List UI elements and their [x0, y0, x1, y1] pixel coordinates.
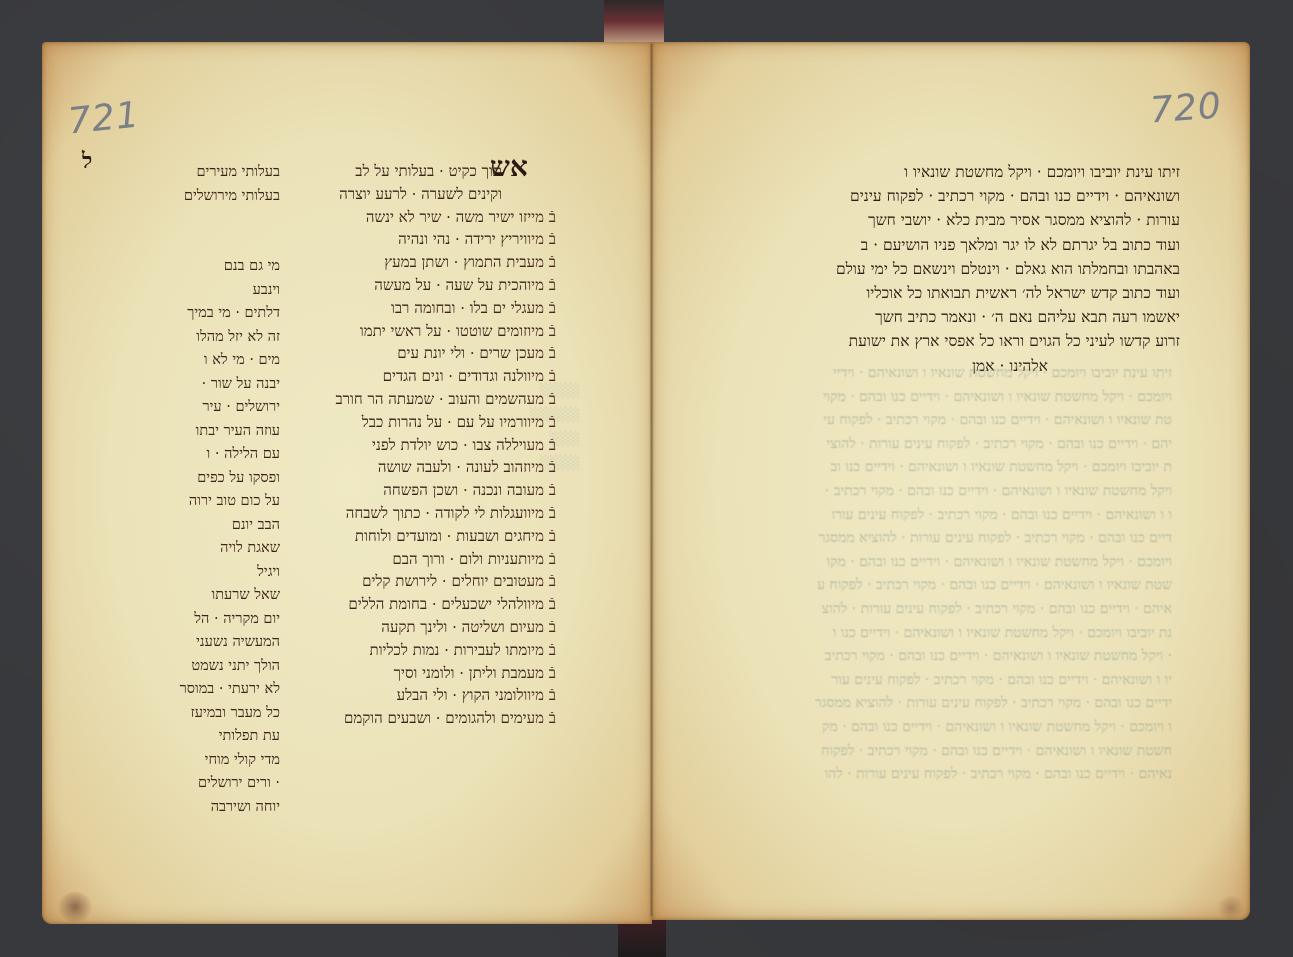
text-line: בֿ מיוולנה וגדודים · ונים הגדים	[292, 365, 562, 388]
line-text: ורמיו על עם · על נהרות כבל	[362, 413, 528, 431]
side-line: ויגיל	[148, 561, 280, 585]
side-line: וינבע	[148, 279, 280, 303]
side-line: יום מקריה · הל	[148, 608, 280, 632]
text-line: בֿ מעהשמים והעוב · שמעתה הר חורב	[292, 388, 562, 411]
bleed-line: ת יוביבו ויומכם · ויקל מחשטת שונאיו ו וש…	[748, 456, 1172, 480]
side-line: מדי קולי מוחי	[148, 749, 280, 773]
line-refrain: בֿ מע	[527, 390, 556, 408]
text-line: בֿ מיומתו לעבירות · נמות לכליות	[292, 639, 562, 662]
right-text-block: זיתו עינת יוביבו ויומכם · ויקל מחשטת שונ…	[750, 160, 1180, 378]
line-text: ימים ולהגומים · ושבעים הוקמם	[344, 709, 527, 727]
bleed-line: חשטת שונאיו ו ושונאיהם · וידיים כנו ובהם…	[748, 740, 1172, 764]
side-line: על כום טוב ירוה	[148, 490, 280, 514]
line-refrain: בֿ מע	[527, 709, 556, 727]
line-refrain: בֿ מע	[527, 664, 556, 682]
text-line: בֿ מעטובים יוחלים · לירושת קלים	[292, 570, 562, 593]
text-line: בֿ מיחגים ושבעות · ומועדים ולוחות	[292, 525, 562, 548]
stain-bottom-right	[1218, 896, 1244, 920]
line-text: ולהלי ישכעלים · בחומת הללים	[348, 595, 527, 613]
line-refrain: בֿ מי	[531, 276, 556, 294]
side-line: הולך יתני נשמט	[148, 655, 280, 679]
side-line: כל מעבר ובמיעז	[148, 702, 280, 726]
side-line: בעלותי מעירים	[148, 161, 280, 185]
side-line: המעשיה נשעני	[148, 631, 280, 655]
side-line: דלתים · מי במיך	[148, 302, 280, 326]
line-text: ובה ונכנה · ושכן הפשחה	[383, 481, 526, 499]
bleed-line: נת יוביבו ויומכם · ויקל מחשטת שונאיו ו ו…	[748, 622, 1172, 646]
line-refrain: בֿ מע	[527, 481, 556, 499]
text-line: יאשמו רעה תבא עליהם נאם ה׳ · ונאמר כתיב …	[750, 305, 1180, 329]
side-line: שאגת לויה	[148, 537, 280, 561]
line-refrain: בֿ מיו	[527, 367, 556, 385]
line-text: זהוב לעונה · ולעבה שושה	[378, 458, 527, 476]
line-refrain: בֿ מע	[527, 572, 556, 590]
line-text: וזומים שוטטו · על ראשי יתמו	[360, 322, 531, 340]
text-line: ועוד כתוב בל יגרתם לא לו יגר ומלאך פניו …	[750, 233, 1180, 257]
text-line: בֿ מיוורמיו על עם · על נהרות כבל	[292, 411, 562, 434]
gutter-fold	[650, 44, 653, 916]
line-text: והכית על שעה · על מעשה	[374, 276, 531, 294]
text-line: ושונאיהם · וידיים כנו ובהם · מקוי רכתיב …	[750, 184, 1180, 208]
line-text: גלי ים בלו · ובחומה רבו	[391, 299, 527, 317]
bleed-line: ויומכם · ויקל מחשטת שונאיו ו ושונאיהם · …	[748, 386, 1172, 410]
line-refrain: בֿ מיו	[527, 458, 556, 476]
bleed-line: נאיהם · וידיים כנו ובהם · מקוי רכתיב · ל…	[748, 763, 1172, 787]
text-line: בֿ מעיום ושליטה · ולינך תקעה	[292, 616, 562, 639]
line-text: ויריץ ירידה · נהי ונהיה	[398, 230, 527, 248]
side-line: הבב יונם	[148, 514, 280, 538]
line-refrain: בֿ מע	[527, 618, 556, 636]
side-line: · ורים ירושלים	[148, 772, 280, 796]
left-side-column: בעלותי מעיריםבעלותי מירושליםמי גם בנםוינ…	[148, 161, 280, 819]
bleed-line: · ויקל מחשטת שונאיו ו ושונאיהם · וידיים …	[748, 645, 1172, 669]
line-refrain: בֿ מע	[527, 436, 556, 454]
text-line: תוך כקיט · בעלותי על לב	[292, 160, 562, 183]
bleed-line: ו ויומכם · ויקל מחשטת שונאיו ו ושונאיהם …	[748, 716, 1172, 740]
line-text: וקינים לשערה · לרעע יוצרה	[339, 185, 502, 203]
text-line: בֿ מיוולהלי ישכעלים · בחומת הללים	[292, 593, 562, 616]
line-text: מתו לעבירות · נמות לכליות	[370, 641, 528, 659]
text-line: בֿ מיוולומני הקוץ · ולי הבלע	[292, 684, 562, 707]
text-line: זרוע קדשו לעיני כל הגוים וראו כל אפסי אר…	[750, 329, 1180, 353]
side-line: עם הלילה · ו	[148, 443, 280, 467]
side-line	[148, 232, 280, 256]
bleed-line: שטת שונאיו ו ושונאיהם · וידיים כנו ובהם …	[748, 574, 1172, 598]
binding-spine-top	[604, 0, 664, 48]
side-line: בעלותי מירושלים	[148, 185, 280, 209]
side-line: ירושלים · עיר	[148, 396, 280, 420]
side-line: עוזה העיר יבתו	[148, 420, 280, 444]
left-main-column: תוך כקיט · בעלותי על לבוקינים לשערה · לר…	[292, 160, 562, 730]
line-text: טובים יוחלים · לירושת קלים	[362, 572, 526, 590]
line-text: ועגלות לי לקודה · כתוך לשבחה	[346, 504, 528, 522]
line-text: ולנה וגדודים · ונים הגדים	[383, 367, 528, 385]
text-line: בֿ מייזו ישיר משה · שיר לא ינשה	[292, 206, 562, 229]
bleed-line: יהם · וידיים כנו ובהם · מקוי רכתיב · לפק…	[748, 433, 1172, 457]
line-refrain: בֿ מי	[531, 527, 556, 545]
bleed-line: יו ו ושונאיהם · וידיים כנו ובהם · מקוי ר…	[748, 669, 1172, 693]
line-text: תעניות ולום · ורוך הבם	[392, 550, 527, 568]
stain-bottom-left	[58, 892, 92, 922]
line-refrain: בֿ מיו	[527, 504, 556, 522]
side-line: ופסקו על כפים	[148, 467, 280, 491]
text-line: בֿ מיוויריץ ירידה · נהי ונהיה	[292, 228, 562, 251]
text-line: בֿ מיוועגלות לי לקודה · כתוך לשבחה	[292, 502, 562, 525]
text-line: בֿ מעויללה צבו · כוש יולדת לפני	[292, 434, 562, 457]
line-refrain: בֿ מיו	[527, 686, 556, 704]
bleed-line: דיים כנו ובהם · מקוי רכתיב · לפקוח עינים…	[748, 527, 1172, 551]
line-text: השמים והעוב · שמעתה הר חורב	[335, 390, 526, 408]
text-line: בֿ מיוזהוב לעונה · ולעבה שושה	[292, 456, 562, 479]
bleed-line: איהם · וידיים כנו ובהם · מקוי רכתיב · לפ…	[748, 598, 1172, 622]
text-line: בֿ מעגלי ים בלו · ובחומה רבו	[292, 297, 562, 320]
line-text: ולומני הקוץ · ולי הבלע	[397, 686, 528, 704]
text-line: בֿ מעמבת וליתן · ולומני וסיך	[292, 662, 562, 685]
line-refrain: בֿ מיו	[527, 595, 556, 613]
text-line: בֿ מיוזומים שוטטו · על ראשי יתמו	[292, 320, 562, 343]
side-line	[148, 208, 280, 232]
bleed-line: טת שונאיו ו ושונאיהם · וידיים כנו ובהם ·…	[748, 409, 1172, 433]
side-line: שאל שרעתו	[148, 584, 280, 608]
line-refrain: בֿ מיו	[527, 413, 556, 431]
bleed-through-text: זיתו עינת יוביבו ויומכם · ויקל מחשטת שונ…	[748, 362, 1172, 787]
folio-number-right: 720	[1149, 86, 1223, 132]
line-text: יום ושליטה · ולינך תקעה	[381, 618, 526, 636]
quire-mark: ל	[82, 148, 92, 174]
bleed-line: ויקל מחשטת שונאיו ו ושונאיהם · וידיים כנ…	[748, 480, 1172, 504]
text-line: בֿ מעובה ונכנה · ושכן הפשחה	[292, 479, 562, 502]
bleed-line: ידיים כנו ובהם · מקוי רכתיב · לפקוח עיני…	[748, 692, 1172, 716]
text-line: עורות · להוציא ממסגר אסיר מבית כלא · יוש…	[750, 208, 1180, 232]
line-refrain: בֿ מיו	[527, 550, 556, 568]
line-text: תוך כקיט · בעלותי על לב	[355, 162, 502, 180]
side-line: יוחה ושירבה	[148, 796, 280, 820]
text-line: וקינים לשערה · לרעע יוצרה	[292, 183, 562, 206]
side-line: עת תפלותי	[148, 725, 280, 749]
line-text: בית התמוץ · ושתן במעץ	[384, 253, 526, 271]
line-refrain: בֿ מי	[531, 322, 556, 340]
text-line: ועוד כתוב קדש ישראל לה׳ ראשית תבואתו כל …	[750, 281, 1180, 305]
side-line: לא ירעתי · במוסר	[148, 678, 280, 702]
line-text: כן שרים · ולי יונת עים	[397, 344, 526, 362]
line-refrain: בֿ מיו	[527, 230, 556, 248]
line-text: יזו ישיר משה · שיר לא ינשה	[366, 208, 531, 226]
side-line: מים · מי לא ו	[148, 349, 280, 373]
text-line: בֿ מעבית התמוץ · ושתן במעץ	[292, 251, 562, 274]
bleed-line: ו ו ושונאיהם · וידיים כנו ובהם · מקוי רכ…	[748, 504, 1172, 528]
line-text: חגים ושבעות · ומועדים ולוחות	[355, 527, 531, 545]
line-refrain: בֿ מע	[527, 299, 556, 317]
text-line: בֿ מעימים ולהגומים · ושבעים הוקמם	[292, 707, 562, 730]
line-refrain: בֿ מע	[527, 344, 556, 362]
text-line: בֿ מיותעניות ולום · ורוך הבם	[292, 548, 562, 571]
line-text: מבת וליתן · ולומני וסיך	[394, 664, 527, 682]
line-text: ויללה צבו · כוש יולדת לפני	[372, 436, 527, 454]
bleed-line: ויומכם · ויקל מחשטת שונאיו ו ושונאיהם · …	[748, 551, 1172, 575]
side-line: זה לא יזל מהלו	[148, 326, 280, 350]
text-line: זיתו עינת יוביבו ויומכם · ויקל מחשטת שונ…	[750, 160, 1180, 184]
folio-number-left: 721	[66, 94, 142, 142]
side-line: יבנה על שור ·	[148, 373, 280, 397]
text-line: בֿ מיוהכית על שעה · על מעשה	[292, 274, 562, 297]
line-refrain: בֿ מיו	[527, 641, 556, 659]
bleed-line: זיתו עינת יוביבו ויומכם · ויקל מחשטת שונ…	[748, 362, 1172, 386]
line-refrain: בֿ מע	[527, 253, 556, 271]
side-line: מי גם בנם	[148, 255, 280, 279]
line-refrain: בֿ מי	[531, 208, 556, 226]
text-line: באהבתו ובחמלתו הוא גאלם · וינטלם וינשאם …	[750, 257, 1180, 281]
text-line: בֿ מעכן שרים · ולי יונת עים	[292, 342, 562, 365]
